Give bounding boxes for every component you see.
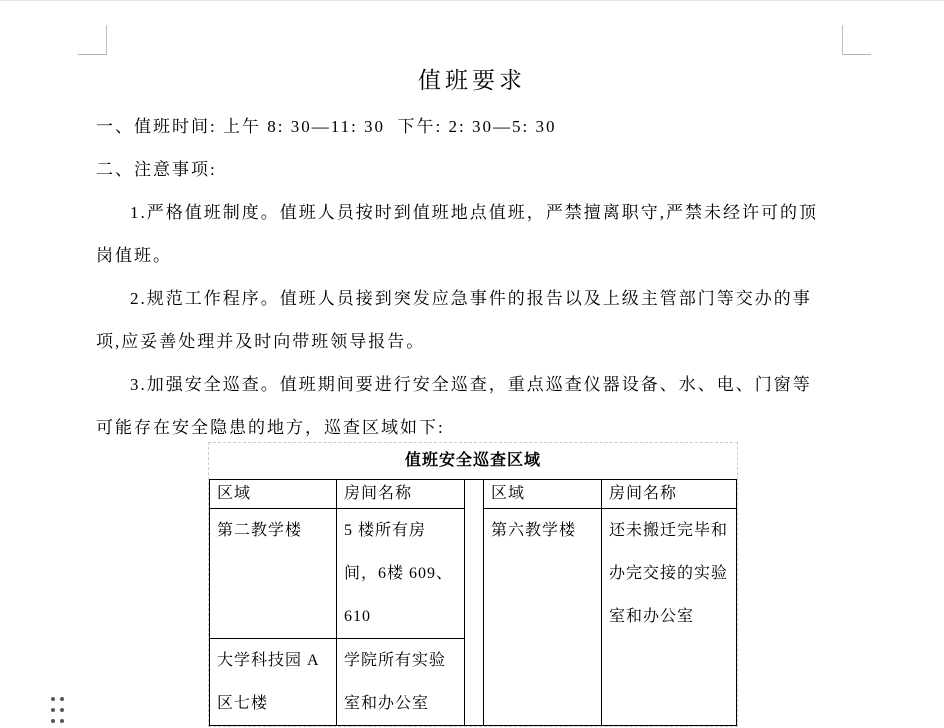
doc-line-item2-part2: 项,应妥善处理并及时向带班领导报告。 bbox=[96, 320, 852, 363]
header-cell-right-area: 区域 bbox=[484, 480, 602, 509]
header-cell-left-area: 区域 bbox=[210, 480, 337, 509]
document-title: 值班要求 bbox=[0, 62, 944, 95]
cell-building6-area: 第六教学楼 bbox=[484, 509, 602, 726]
cell-building2-rooms: 5 楼所有房间，6楼 609、610 bbox=[337, 509, 465, 639]
doc-line-item1-part1: 1.严格值班制度。值班人员按时到值班地点值班，严禁擅离职守,严禁未经许可的顶 bbox=[96, 191, 852, 234]
cell-building2-area: 第二教学楼 bbox=[210, 509, 337, 639]
doc-line-item2-part1: 2.规范工作程序。值班人员接到突发应急事件的报告以及上级主管部门等交办的事 bbox=[96, 277, 852, 320]
doc-line-item1-part2: 岗值班。 bbox=[96, 234, 852, 277]
cell-sciencepark-area: 大学科技园 A 区七楼 bbox=[210, 639, 337, 726]
doc-line-notes-heading: 二、注意事项: bbox=[96, 148, 852, 191]
table-header-row: 区域 房间名称 区域 房间名称 bbox=[210, 480, 737, 509]
doc-line-duty-time: 一、值班时间: 上午 8: 30—11: 30 下午: 2: 30—5: 30 bbox=[96, 105, 852, 148]
page-margin-corner-mark-top-left bbox=[78, 25, 107, 55]
patrol-table-title: 值班安全巡查区域 bbox=[209, 443, 737, 479]
cell-building6-rooms: 还未搬迁完毕和办完交接的实验室和办公室 bbox=[602, 509, 737, 726]
header-cell-right-room: 房间名称 bbox=[602, 480, 737, 509]
patrol-table: 区域 房间名称 区域 房间名称 第二教学楼 5 楼所有房间，6楼 609、610… bbox=[209, 479, 737, 726]
table-spacer-column bbox=[465, 480, 484, 726]
header-cell-left-room: 房间名称 bbox=[337, 480, 465, 509]
document-body: 一、值班时间: 上午 8: 30—11: 30 下午: 2: 30—5: 30 … bbox=[96, 105, 852, 449]
patrol-area-table-container: 值班安全巡查区域 区域 房间名称 区域 房间名称 第二教学楼 5 楼所有房间，6… bbox=[208, 442, 738, 727]
drag-handle-icon[interactable] bbox=[51, 697, 64, 723]
page-margin-corner-mark-top-right bbox=[842, 25, 871, 55]
cell-sciencepark-rooms: 学院所有实验室和办公室 bbox=[337, 639, 465, 726]
document-page: 值班要求 一、值班时间: 上午 8: 30—11: 30 下午: 2: 30—5… bbox=[0, 0, 944, 728]
doc-line-item3-part1: 3.加强安全巡查。值班期间要进行安全巡查，重点巡查仪器设备、水、电、门窗等 bbox=[96, 363, 852, 406]
